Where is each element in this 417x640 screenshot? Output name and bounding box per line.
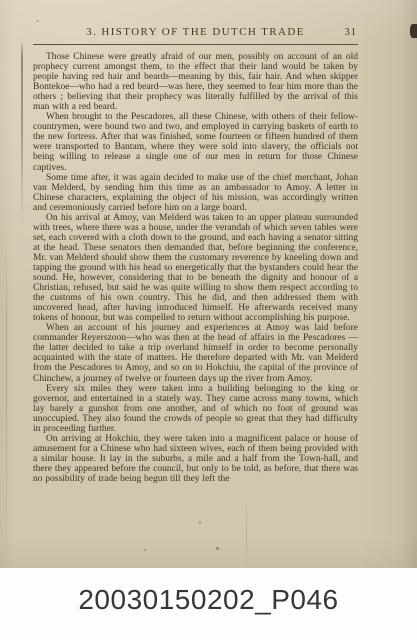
header-rule (33, 44, 358, 45)
page-header: 3. HISTORY OF THE DUTCH TRADE 31 (33, 26, 358, 40)
paragraph: When an account of his journey and exper… (33, 323, 358, 383)
scan-artifact-speck (199, 521, 201, 524)
paper-crease (246, 498, 247, 568)
paragraph: Some time after, it was again decided to… (33, 173, 358, 213)
page-gutter-shadow (21, 40, 23, 225)
archival-id-strip: 20030150202_P046 (0, 568, 417, 640)
paragraph: When brought to the Pescadores, all thes… (33, 112, 358, 172)
scan-id-label: 20030150202_P046 (78, 584, 338, 616)
page-body: Those Chinese were greatly afraid of our… (33, 52, 358, 484)
running-head-title: 3. HISTORY OF THE DUTCH TRADE (33, 26, 358, 38)
paragraph: Those Chinese were greatly afraid of our… (33, 52, 358, 112)
scan-artifact-speck (36, 20, 39, 22)
paragraph: On his arrival at Amoy, van Melderd was … (33, 213, 358, 324)
scan-artifact-speck (410, 24, 417, 38)
scan-artifact-speck (144, 549, 146, 551)
text-column: 3. HISTORY OF THE DUTCH TRADE 31 Those C… (33, 26, 358, 484)
paragraph: On arriving at Hokchiu, they were taken … (33, 434, 358, 484)
paragraph: Every six miles they were taken into a b… (33, 384, 358, 434)
book-scan-screenshot: 3. HISTORY OF THE DUTCH TRADE 31 Those C… (0, 0, 417, 640)
page-number: 31 (345, 27, 358, 38)
scanned-page: 3. HISTORY OF THE DUTCH TRADE 31 Those C… (0, 0, 417, 568)
scan-artifact-speck (216, 547, 219, 550)
page-edge-shadow (6, 230, 7, 560)
